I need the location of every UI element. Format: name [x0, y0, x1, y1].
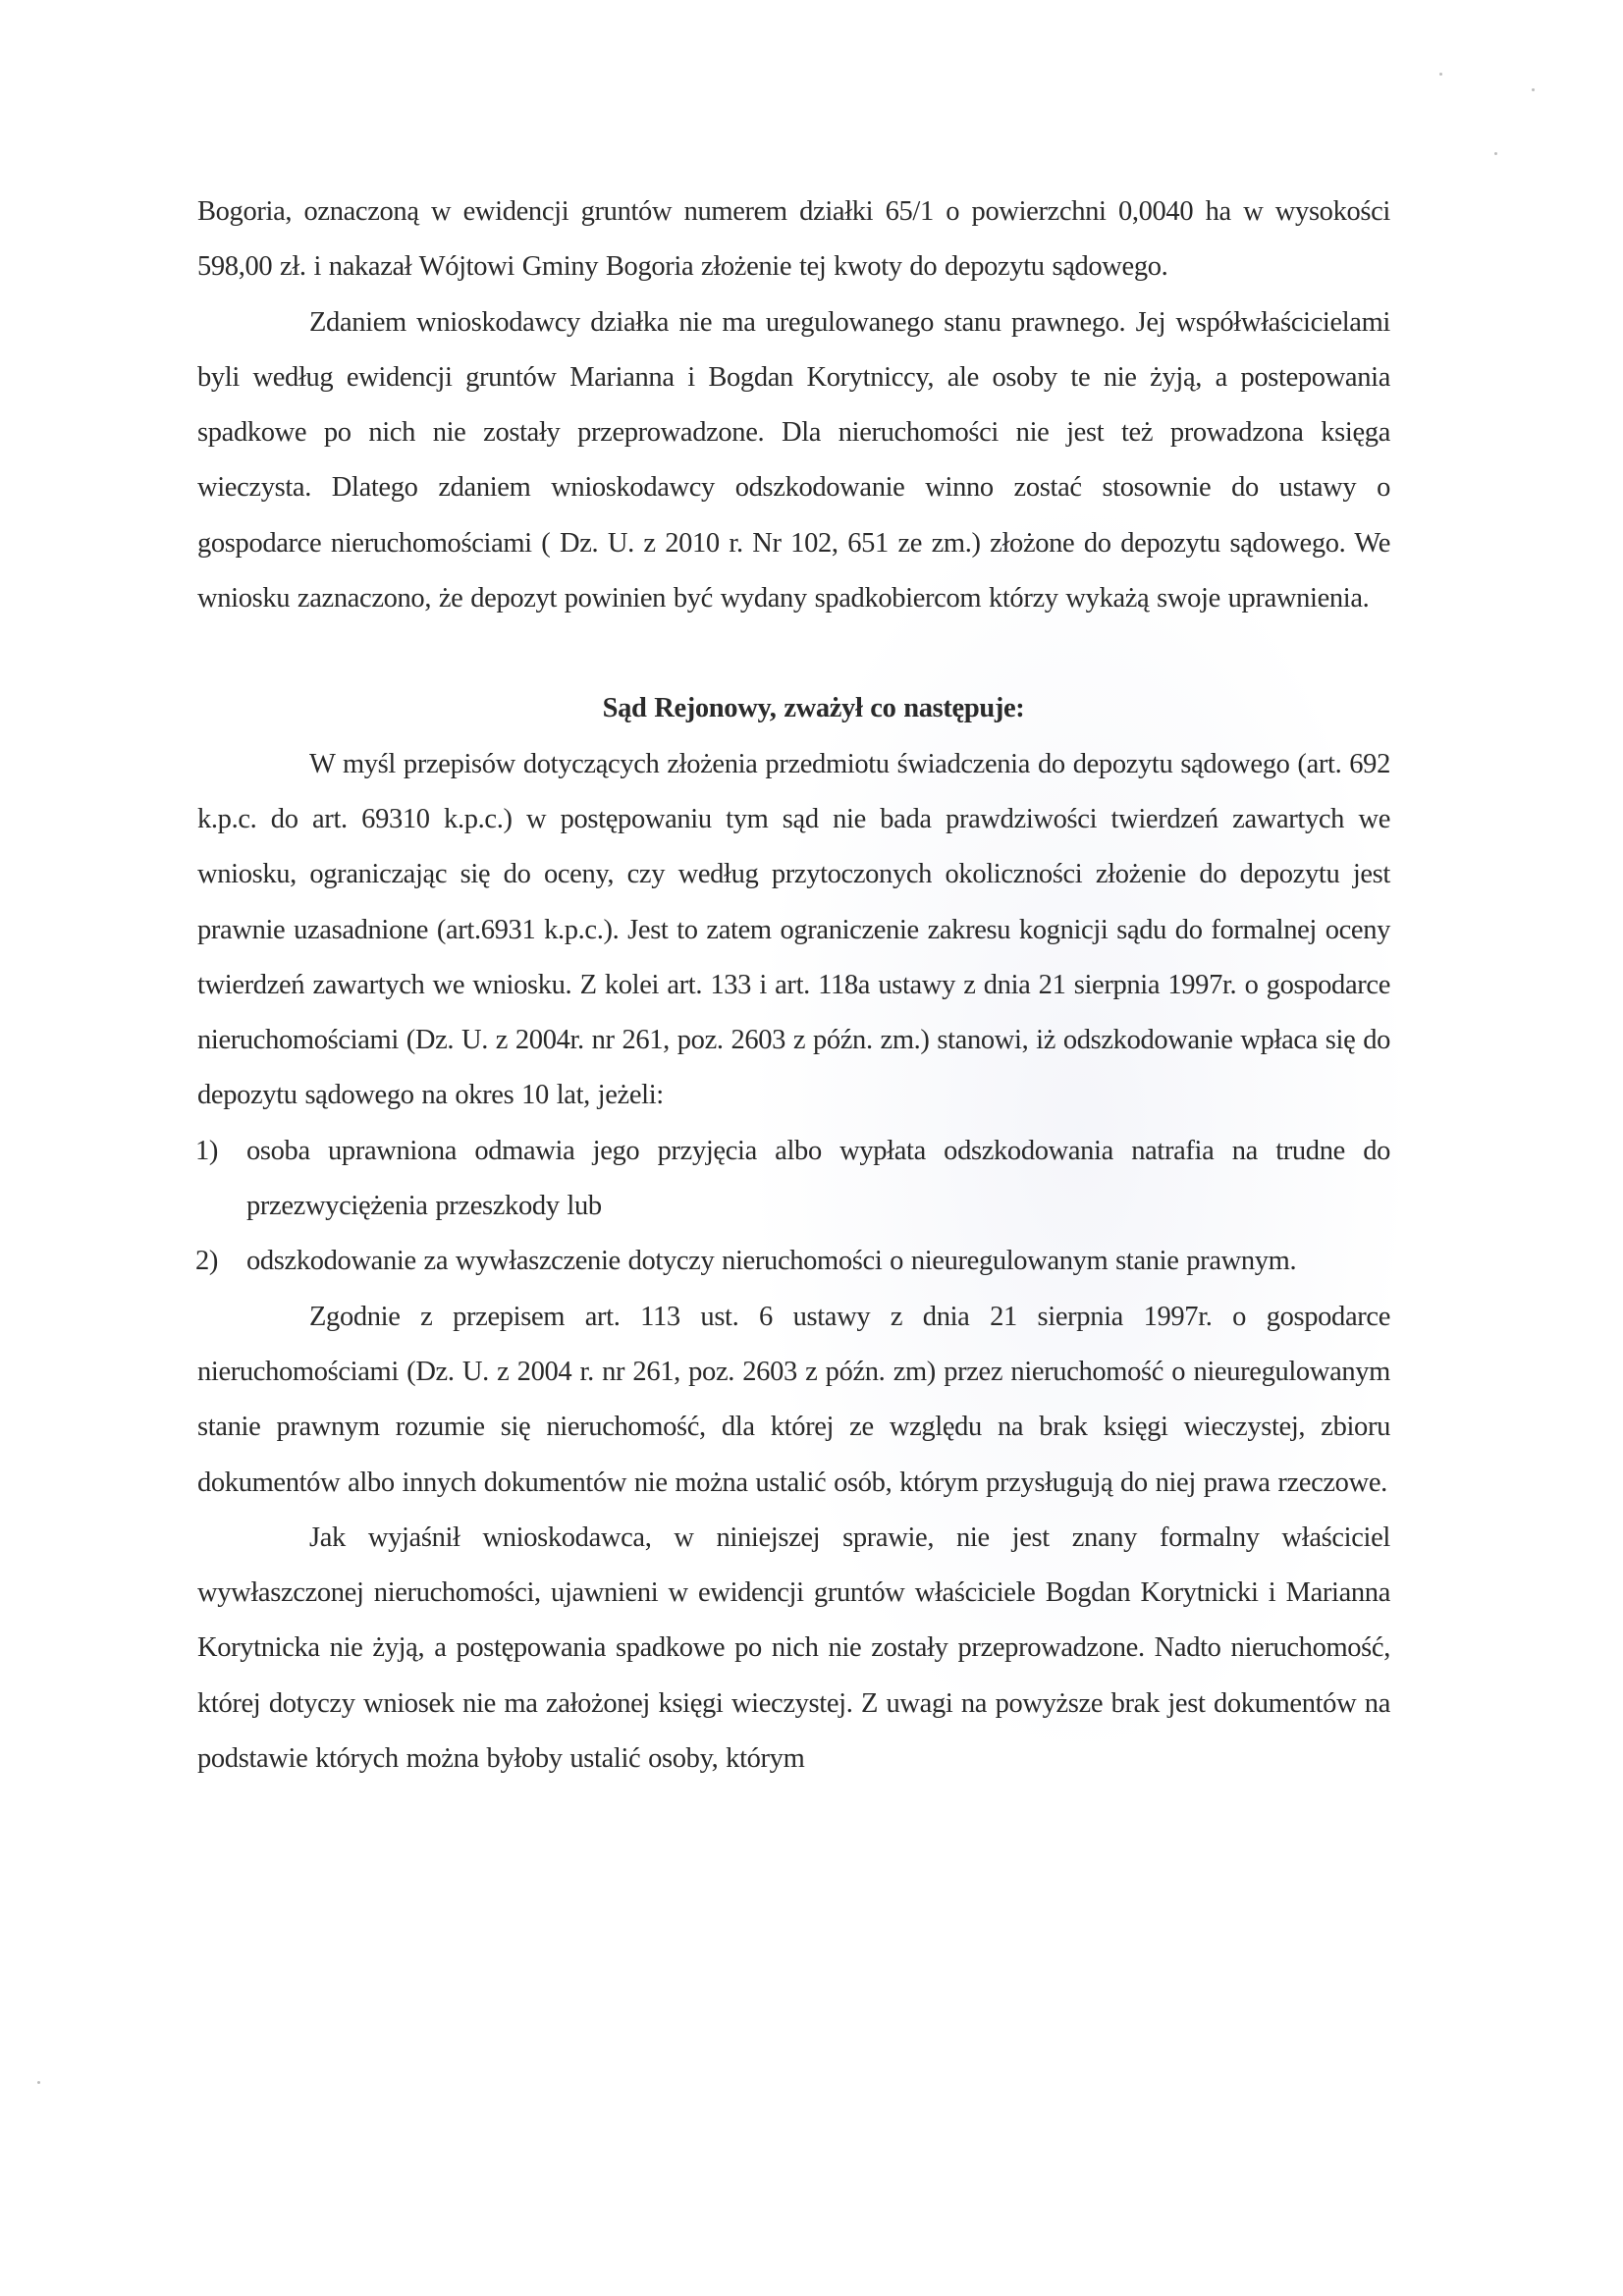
scan-speck [1494, 152, 1497, 155]
scan-speck [37, 2081, 40, 2084]
paragraph-applicant-position: Zdaniem wnioskodawcy działka nie ma ureg… [197, 295, 1390, 627]
paragraph-application-facts: Jak wyjaśnił wnioskodawca, w niniejszej … [197, 1511, 1390, 1787]
scan-speck [1532, 88, 1535, 91]
list-item: 1) osoba uprawniona odmawia jego przyjęc… [197, 1124, 1390, 1235]
conditions-list: 1) osoba uprawniona odmawia jego przyjęc… [197, 1124, 1390, 1290]
list-item: 2) odszkodowanie za wywłaszczenie dotycz… [197, 1234, 1390, 1289]
list-item-text: osoba uprawniona odmawia jego przyjęcia … [246, 1136, 1390, 1221]
list-item-number: 1) [195, 1124, 218, 1179]
scan-speck [1439, 73, 1442, 76]
scanned-document-page: Bogoria, oznaczoną w ewidencji gruntów n… [0, 0, 1623, 2296]
paragraph-legal-basis: W myśl przepisów dotyczących złożenia pr… [197, 737, 1390, 1124]
paragraph-continuation: Bogoria, oznaczoną w ewidencji gruntów n… [197, 185, 1390, 295]
document-body: Bogoria, oznaczoną w ewidencji gruntów n… [197, 185, 1390, 1787]
list-item-number: 2) [195, 1234, 218, 1289]
paragraph-definition: Zgodnie z przepisem art. 113 ust. 6 usta… [197, 1290, 1390, 1511]
section-heading: Sąd Rejonowy, zważył co następuje: [197, 681, 1390, 736]
list-item-text: odszkodowanie za wywłaszczenie dotyczy n… [246, 1246, 1296, 1276]
